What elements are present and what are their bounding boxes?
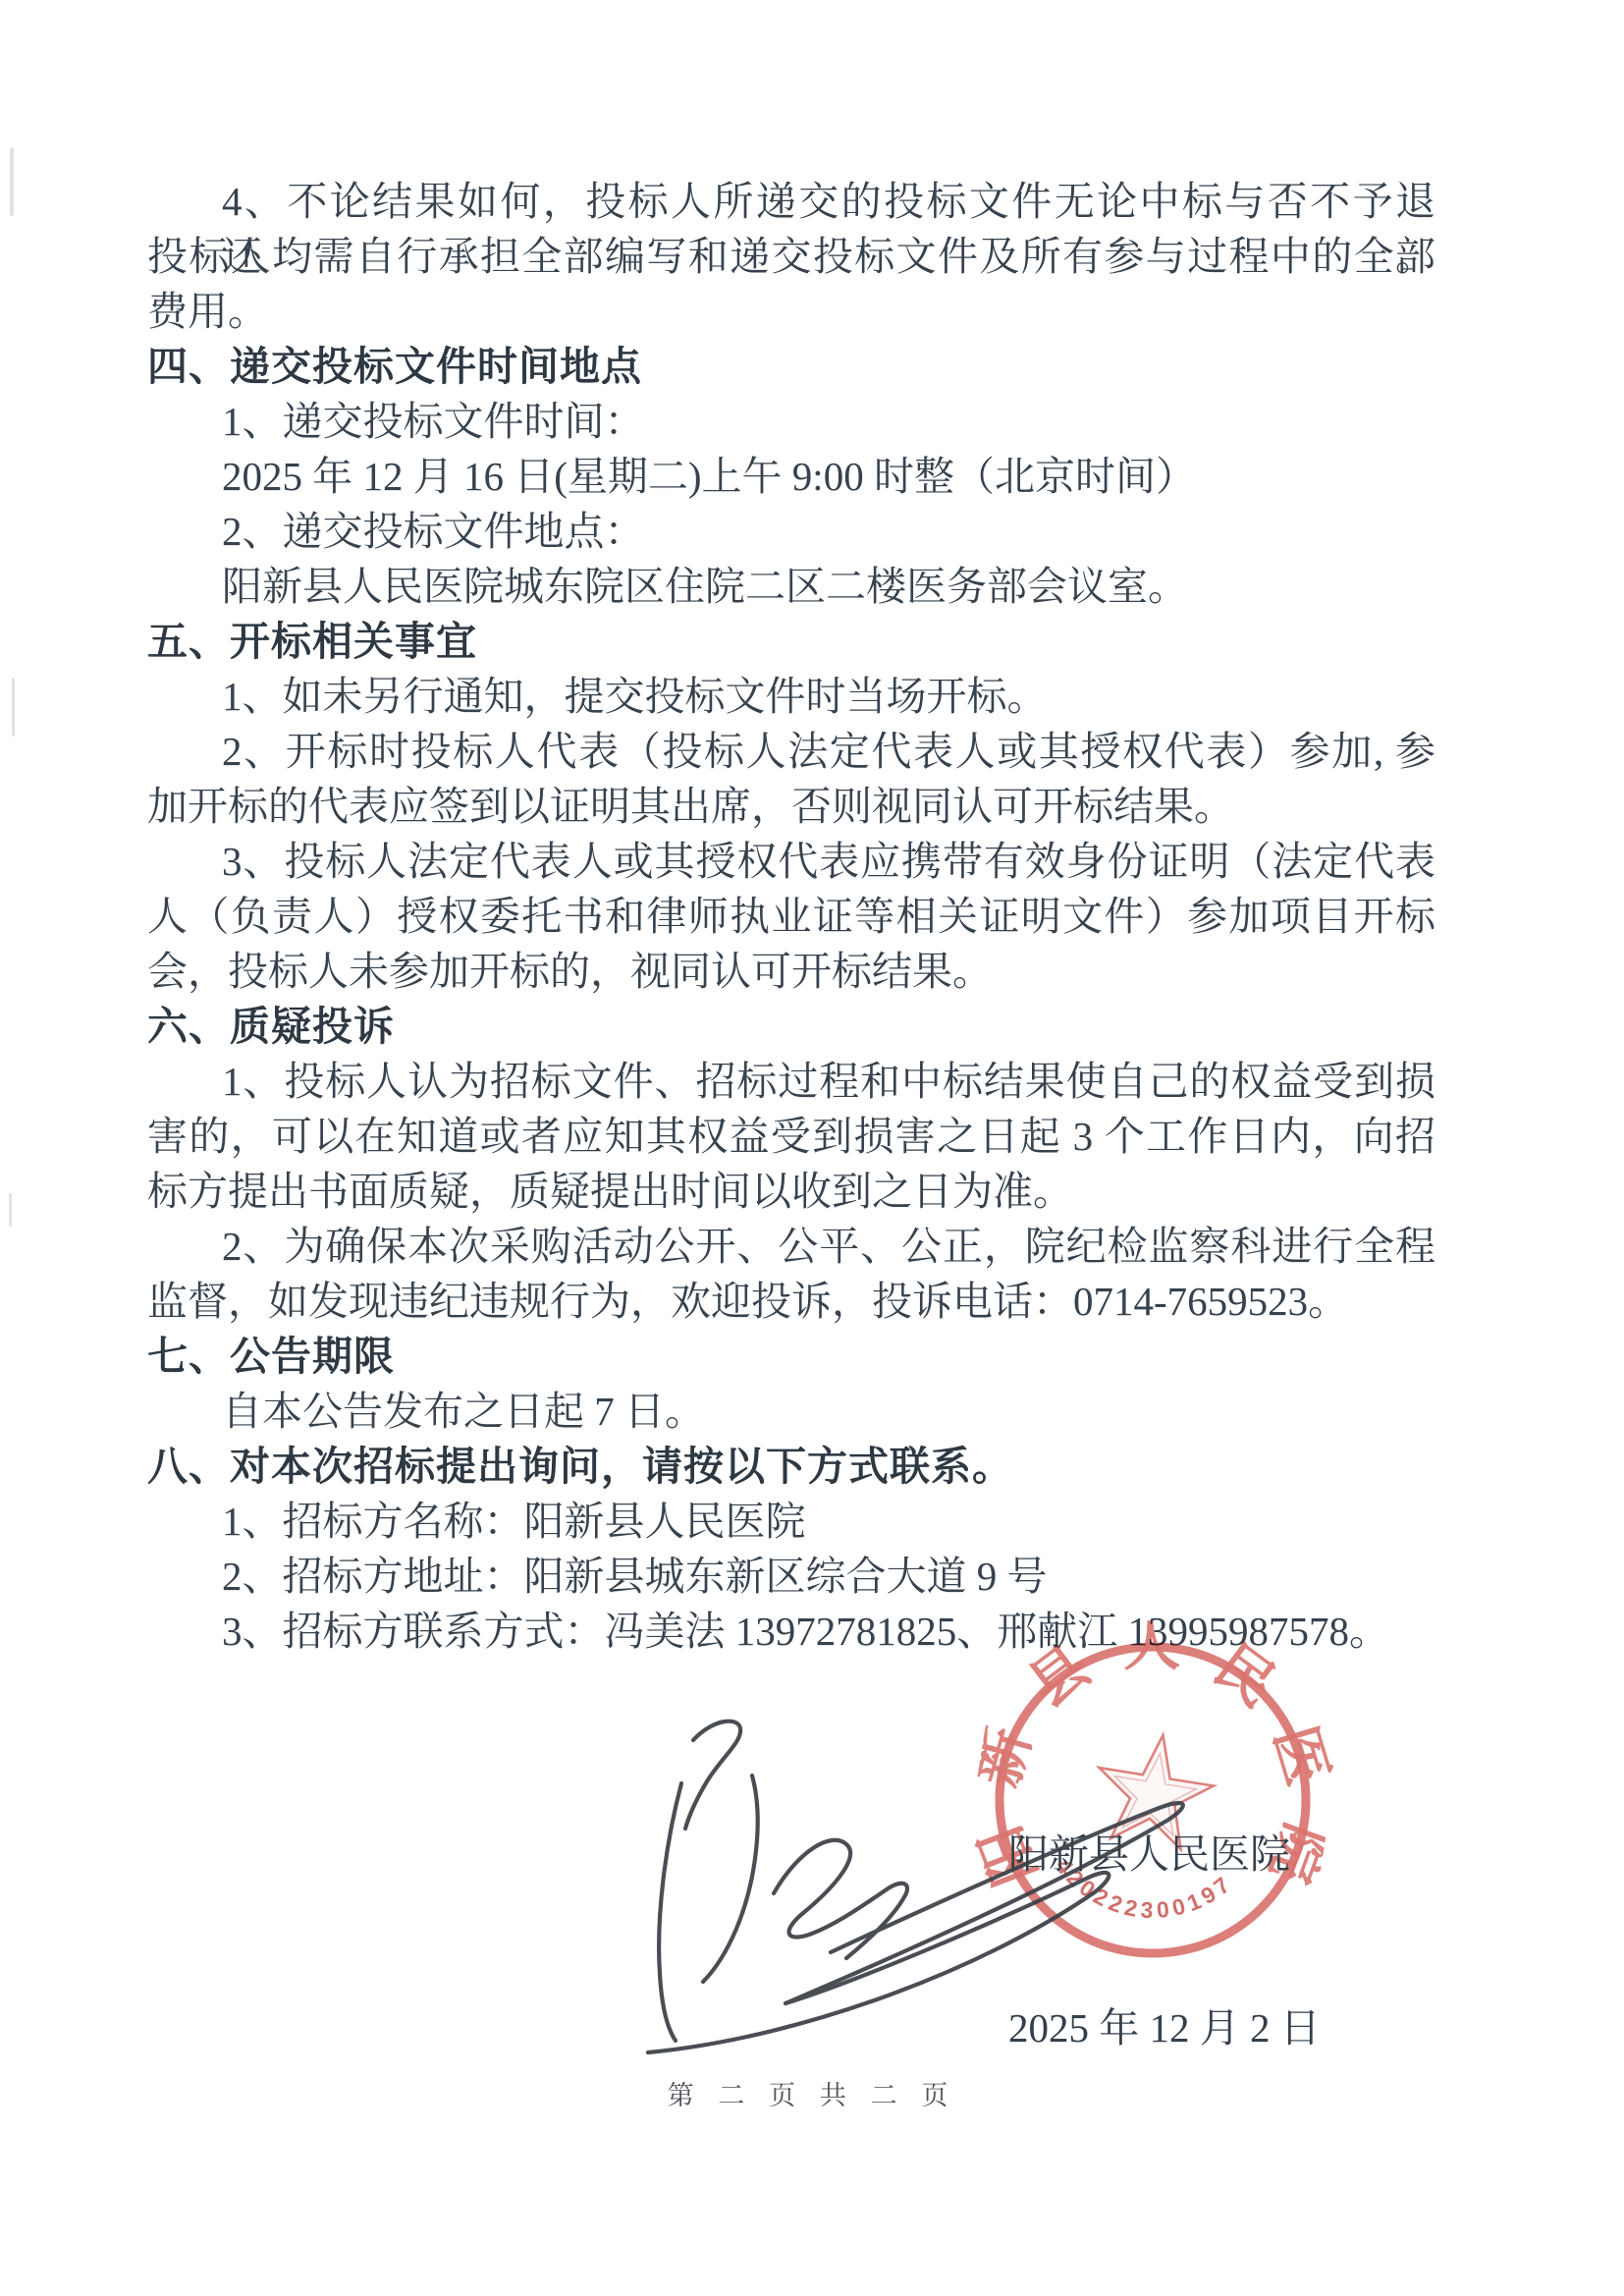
text-line: 自本公告发布之日起 7 日。 — [147, 1384, 1435, 1439]
section-heading: 六、质疑投诉 — [147, 999, 1435, 1054]
text-line: 阳新县人民医院城东院区住院二区二楼医务部会议室。 — [147, 559, 1435, 614]
text-line: 会，投标人未参加开标的，视同认可开标结果。 — [147, 944, 1435, 999]
section-heading: 七、公告期限 — [147, 1329, 1435, 1384]
text-line: 2025 年 12 月 16 日(星期二)上午 9:00 时整（北京时间） — [147, 449, 1435, 504]
section-heading: 八、对本次招标提出询问，请按以下方式联系。 — [147, 1439, 1435, 1494]
text-line: 2、招标方地址：阳新县城东新区综合大道 9 号 — [147, 1549, 1435, 1604]
text-line: 害的，可以在知道或者应知其权益受到损害之日起 3 个工作日内，向招 — [147, 1109, 1435, 1164]
section-heading: 五、开标相关事宜 — [147, 614, 1435, 669]
text-line: 投标人均需自行承担全部编写和递交投标文件及所有参与过程中的全部 — [147, 229, 1435, 284]
scan-artifact — [10, 147, 14, 216]
signature-date: 2025 年 12 月 2 日 — [1008, 1999, 1321, 2057]
page-number-footer: 第 二 页 共 二 页 — [0, 2074, 1624, 2112]
text-line: 2、开标时投标人代表（投标人法定代表人或其授权代表）参加, 参 — [147, 724, 1435, 779]
text-line: 3、投标人法定代表人或其授权代表应携带有效身份证明（法定代表 — [147, 834, 1435, 889]
section-heading: 四、递交投标文件时间地点 — [147, 339, 1435, 394]
text-line: 标方提出书面质疑，质疑提出时间以收到之日为准。 — [147, 1164, 1435, 1219]
text-line: 1、招标方名称：阳新县人民医院 — [147, 1494, 1435, 1549]
text-line: 2、为确保本次采购活动公开、公平、公正，院纪检监察科进行全程 — [147, 1219, 1435, 1274]
signature-org-name: 阳新县人民医院 — [1008, 1826, 1321, 1884]
text-line: 4、不论结果如何，投标人所递交的投标文件无论中标与否不予退还。 — [147, 174, 1435, 229]
text-line: 加开标的代表应签到以证明其出席，否则视同认可开标结果。 — [147, 779, 1435, 834]
scan-artifact — [12, 678, 15, 737]
signature-block: 阳新县人民医院 2025 年 12 月 2 日 — [1008, 1710, 1321, 2115]
text-line: 2、递交投标文件地点： — [147, 504, 1435, 559]
text-line: 人（负责人）授权委托书和律师执业证等相关证明文件）参加项目开标 — [147, 889, 1435, 944]
text-line: 费用。 — [147, 284, 1435, 339]
document-lines: 4、不论结果如何，投标人所递交的投标文件无论中标与否不予退还。投标人均需自行承担… — [147, 174, 1435, 1659]
text-line: 1、投标人认为招标文件、招标过程和中标结果使自己的权益受到损 — [147, 1054, 1435, 1109]
scan-artifact — [9, 1193, 12, 1227]
text-line: 1、如未另行通知，提交投标文件时当场开标。 — [147, 669, 1435, 724]
text-line: 1、递交投标文件时间： — [147, 394, 1435, 449]
text-line: 监督，如发现违纪违规行为，欢迎投诉，投诉电话：0714-7659523。 — [147, 1274, 1435, 1329]
